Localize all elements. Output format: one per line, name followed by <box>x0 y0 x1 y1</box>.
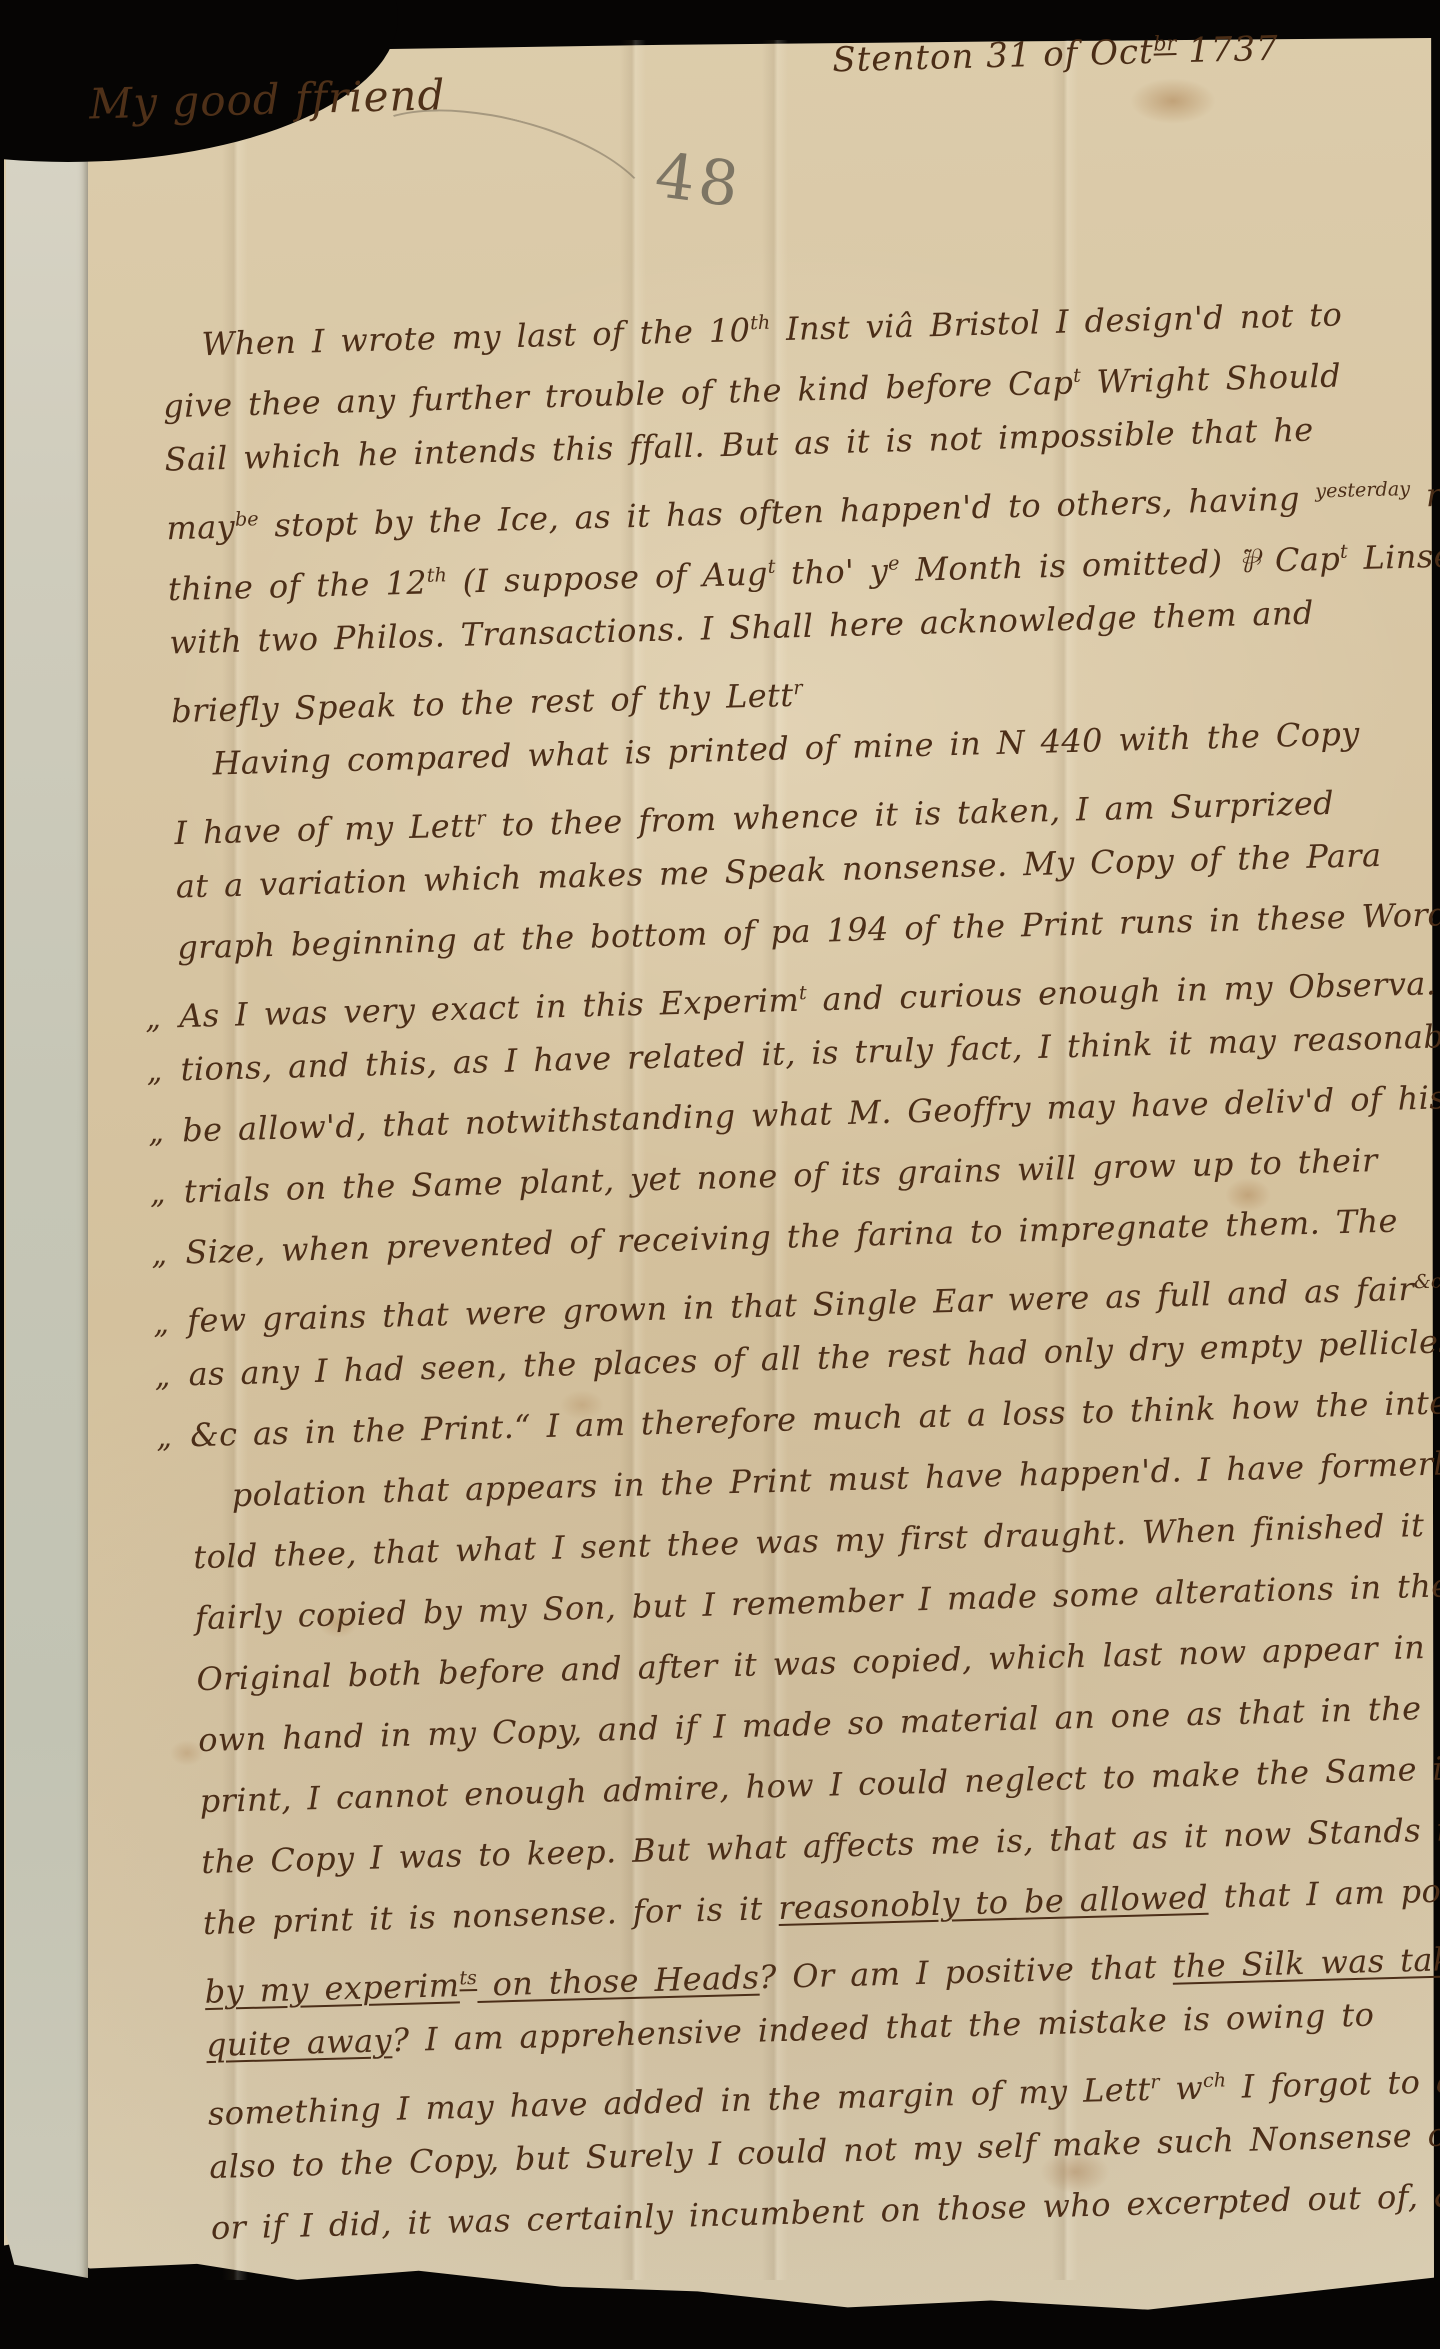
line-segment: th <box>750 311 771 335</box>
line-segment: e <box>888 551 900 574</box>
line-segment: I have of my Lett <box>174 806 477 852</box>
line-segment: I forgot to add <box>1226 2061 1440 2106</box>
line-segment: thine of the 12 <box>168 563 428 608</box>
quote-mark: „ <box>146 1040 182 1102</box>
dateline-place-date: Stenton 31 of Oct <box>832 32 1154 80</box>
line-lead-space <box>138 722 172 723</box>
pencil-page-number: 48 <box>651 138 747 222</box>
dateline: Stenton 31 of Octbr 1737 <box>832 28 1279 80</box>
line-lead-space <box>160 1568 194 1569</box>
quote-mark: „ <box>151 1223 187 1285</box>
line-lead-space <box>169 1934 203 1935</box>
line-segment: (I suppose of Aug <box>446 555 768 601</box>
line-segment: the print it is nonsense. for is it <box>202 1889 778 1942</box>
line-segment: ? Or am I positive that <box>759 1947 1173 1996</box>
line-lead-space <box>174 2125 208 2126</box>
line-lead-space <box>134 600 168 601</box>
line-lead-space <box>131 471 165 472</box>
line-lead-space <box>163 1690 197 1691</box>
line-lead-space <box>171 2003 205 2004</box>
line-lead-space <box>166 1812 200 1813</box>
quote-mark: „ <box>155 1406 191 1468</box>
line-segment: be <box>235 507 259 531</box>
line-segment: Month is omitted) ⅌ Cap <box>899 540 1341 590</box>
manuscript-screenshot: { "meta": { "background_color": "#060504… <box>0 0 1440 2349</box>
line-segment: may <box>166 507 236 547</box>
line-segment: by my experim <box>204 1966 460 2011</box>
line-segment: &c <box>1414 1269 1440 1293</box>
line-segment: Linsey <box>1347 536 1440 577</box>
line-segment: ts <box>459 1966 477 1989</box>
line-lead-space <box>136 654 170 655</box>
line-lead-space <box>130 417 164 418</box>
quote-mark: „ <box>149 1162 185 1224</box>
line-lead-space <box>176 2178 210 2179</box>
line-segment: th <box>426 563 447 587</box>
line-lead-space <box>144 958 178 959</box>
dateline-year: 1737 <box>1176 29 1279 72</box>
line-segment: Wright Should <box>1081 356 1342 401</box>
handwritten-content: My good ffriend Stenton 31 of Octbr 1737… <box>0 0 1440 2349</box>
line-segment: that I am positive <box>1208 1869 1440 1915</box>
line-segment: yesterday <box>1315 477 1410 502</box>
line-segment: reasonobly to be allowed <box>778 1878 1209 1927</box>
line-segment: on those Heads <box>477 1958 760 2003</box>
line-lead-space <box>133 539 167 540</box>
line-segment: r <box>793 676 803 699</box>
line-segment: the Silk was taken <box>1172 1939 1440 1985</box>
line-lead-space <box>158 1506 232 1508</box>
quote-mark: „ <box>147 1101 183 1163</box>
line-lead-space <box>161 1629 195 1630</box>
line-segment: rec <box>1410 475 1440 515</box>
line-lead-space <box>139 774 213 776</box>
line-lead-space <box>177 2239 211 2240</box>
dateline-month-suffix: br <box>1153 31 1176 56</box>
line-segment: quite away <box>206 2021 393 2064</box>
line-lead-space <box>168 1873 202 1874</box>
line-lead-space <box>172 2056 206 2057</box>
line-segment: w <box>1159 2069 1203 2108</box>
letter-body: When I wrote my last of the 10th Inst vi… <box>127 275 1440 2260</box>
line-lead-space <box>128 355 202 357</box>
quote-mark: „ <box>154 1345 190 1407</box>
line-segment: tho' y <box>775 551 889 592</box>
line-lead-space <box>141 844 175 845</box>
line-segment: ch <box>1203 2068 1227 2092</box>
line-lead-space <box>142 897 176 898</box>
line-lead-space <box>164 1751 198 1752</box>
